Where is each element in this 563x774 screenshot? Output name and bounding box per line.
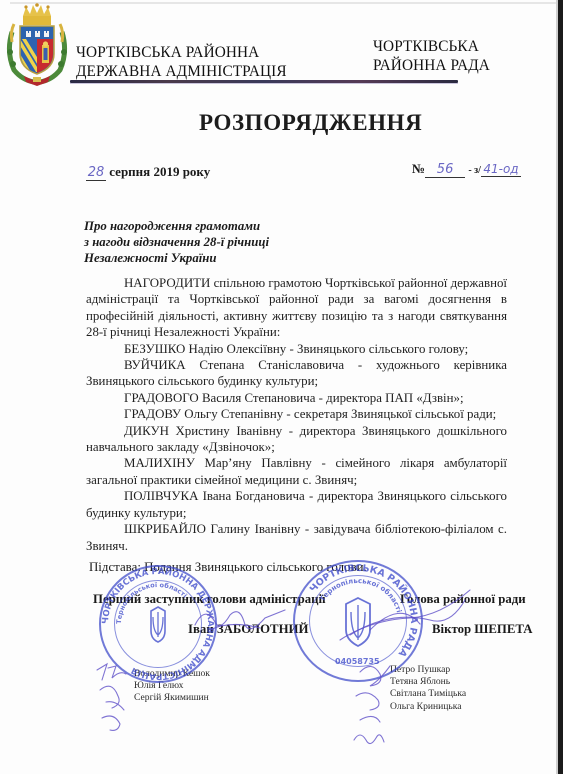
signature-shepeta — [330, 580, 480, 650]
number-suffix: 41-од — [481, 162, 521, 177]
issuer-right: ЧОРТКІВСЬКА РАЙОННА РАДА — [373, 37, 490, 75]
subject-line-1: Про нагородження грамотами — [84, 218, 269, 234]
date-month-year: серпня 2019 року — [109, 164, 210, 179]
scan-right-edge — [558, 0, 563, 774]
award-intro: НАГОРОДИТИ спільною грамотою Чортківсько… — [86, 275, 507, 341]
awardee-item: МАЛИХІНУ Мар’яну Павлівну - сімейного лі… — [86, 455, 507, 488]
issuer-left-line2: ДЕРЖАВНА АДМІНІСТРАЦІЯ — [76, 62, 287, 81]
document-date: 28 серпня 2019 року — [86, 164, 210, 181]
approval-initials-right — [350, 660, 395, 750]
document-subject: Про нагородження грамотами з нагоди відз… — [84, 218, 269, 266]
subject-line-2: з нагоди відзначення 28-ї річниці — [84, 234, 269, 250]
approver-name: Світлана Тиміцька — [390, 688, 466, 700]
document-page: ЧОРТКІВСЬКА РАЙОННА ДЕРЖАВНА АДМІНІСТРАЦ… — [0, 0, 563, 774]
scan-top-edge — [10, 2, 558, 4]
coat-of-arms-icon — [4, 2, 70, 86]
approver-name: Ольга Криницька — [390, 701, 466, 713]
header-divider-shadow — [70, 83, 458, 84]
issuer-left-line1: ЧОРТКІВСЬКА РАЙОННА — [76, 43, 287, 62]
document-title: РОЗПОРЯДЖЕННЯ — [199, 110, 422, 136]
number-prefix: № — [412, 161, 425, 176]
awardee-item: ШКРИБАЙЛО Галину Іванівну - завідувача б… — [86, 521, 507, 554]
date-day: 28 — [86, 165, 106, 181]
awardee-item: ПОЛІВЧУКА Івана Богдановича - директора … — [86, 488, 507, 521]
issuer-right-line1: ЧОРТКІВСЬКА — [373, 37, 490, 56]
subject-line-3: Незалежності України — [84, 250, 269, 266]
document-number: №56 - з/41-од — [412, 161, 521, 178]
awardee-item: ВУЙЧИКА Степана Станіславовича - художнь… — [86, 357, 507, 390]
approval-initials-left — [92, 660, 137, 735]
approver-name: Сергій Якимишин — [134, 692, 210, 704]
awardee-item: ГРАДОВУ Ольгу Степанівну - секретаря Зви… — [86, 406, 507, 422]
awardee-item: ГРАДОВОГО Василя Степановича - директора… — [86, 390, 507, 406]
awardee-item: ДИКУН Христину Іванівну - директора Звин… — [86, 423, 507, 456]
issuer-right-line2: РАЙОННА РАДА — [373, 56, 490, 75]
number-separator: - з/ — [468, 165, 481, 176]
awardee-item: БЕЗУШКО Надію Олексіївну - Звиняцького с… — [86, 341, 507, 357]
number-value: 56 — [425, 162, 465, 178]
issuer-left: ЧОРТКІВСЬКА РАЙОННА ДЕРЖАВНА АДМІНІСТРАЦ… — [76, 43, 287, 81]
signature-zabolotnyi — [190, 600, 300, 640]
document-body: НАГОРОДИТИ спільною грамотою Чортківсько… — [86, 275, 507, 554]
